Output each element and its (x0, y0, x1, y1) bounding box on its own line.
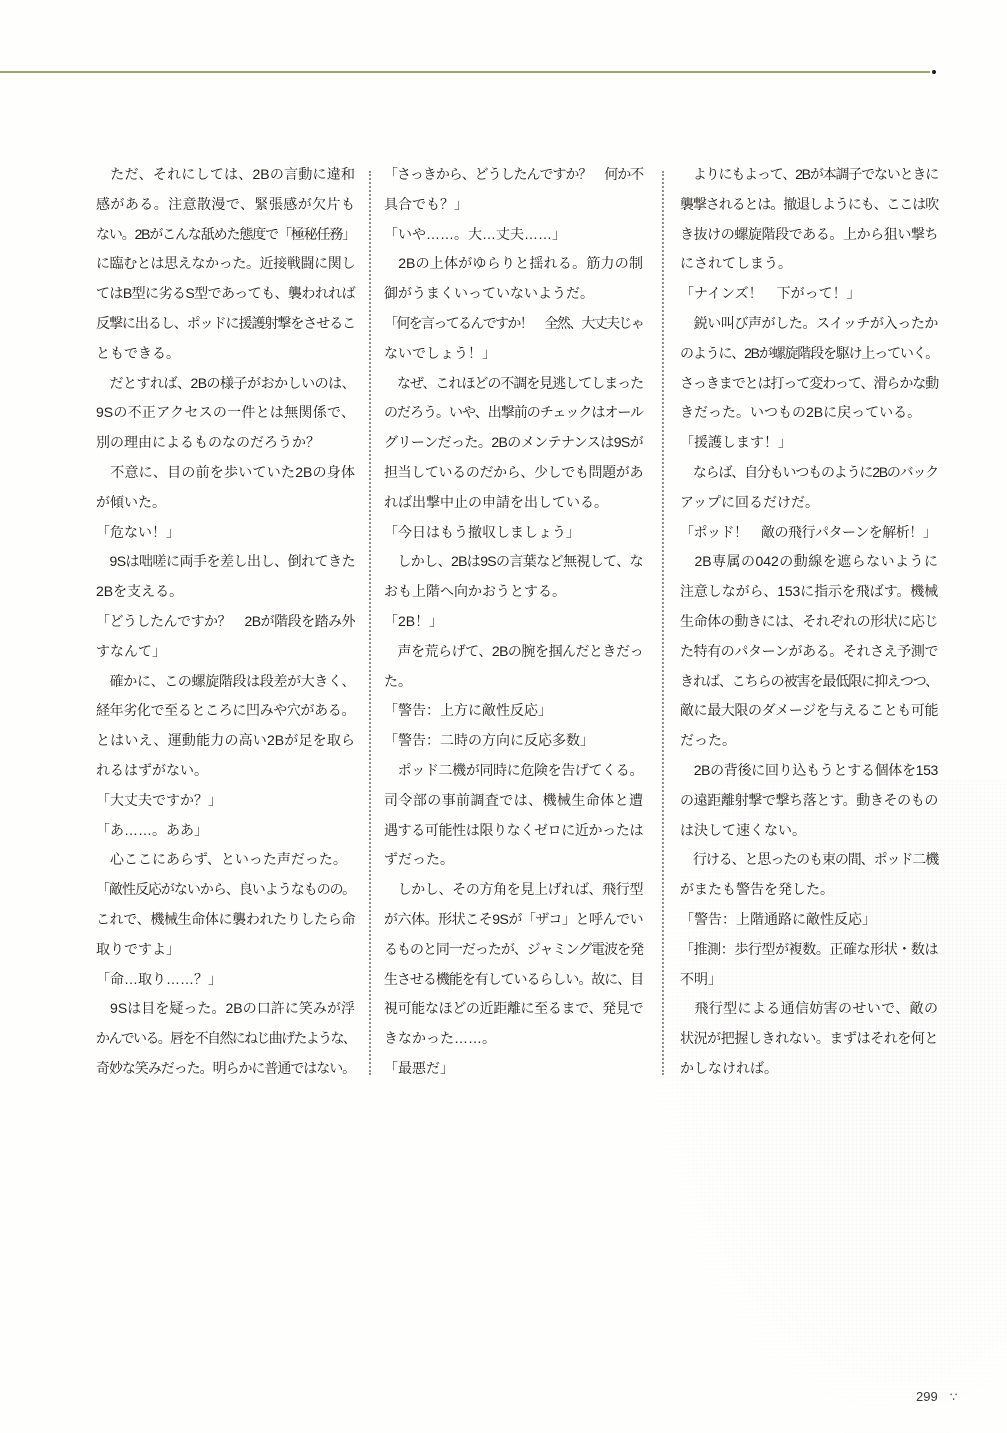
text-line: 生させる機能を有しているらしい。故に、目 (384, 965, 643, 995)
text-line: アップに回るだけだ。 (680, 488, 938, 518)
text-column-1: ただ、それにしては、2Bの言動に違和 感がある。注意散漫で、緊張感が欠片も ない… (96, 160, 355, 1084)
text-line: さっきまでとは打って変わって、滑らかな動 (680, 369, 938, 399)
text-line: なぜ、これほどの不調を見逃してしまった (384, 369, 643, 399)
text-line: 2Bを支える。 (96, 577, 355, 607)
text-line: ともできる。 (96, 339, 355, 369)
dialogue-line: 「何を言ってるんですか！ 全然、大丈夫じゃ (384, 309, 643, 339)
dialogue-line: すなんて」 (96, 637, 355, 667)
text-line: 確かに、この螺旋階段は段差が大きく、 (96, 667, 355, 697)
text-line: 2Bの背後に回り込もうとする個体を153 (680, 756, 938, 786)
dialogue-line: 「今日はもう撤収しましょう」 (384, 518, 643, 548)
dialogue-line: 「ポッド！ 敵の飛行パターンを解析！」 (680, 518, 938, 548)
dialogue-line: 取りですよ」 (96, 935, 355, 965)
text-line: 2Bの上体がゆらりと揺れる。筋力の制 (384, 249, 643, 279)
page-number-ornament-icon: ∵ (950, 1388, 958, 1406)
text-column-2: 「さっきから、どうしたんですか？ 何か不 具合でも？」 「いや……。大…丈夫……… (384, 160, 643, 1084)
text-line: 行ける、と思ったのも束の間、ポッド二機 (680, 845, 938, 875)
text-line: 別の理由によるものなのだろうか？ (96, 428, 355, 458)
text-line: きれば、こちらの被害を最低限に抑えつつ、 (680, 667, 938, 697)
dialogue-line: 「ナインズ！ 下がって！」 (680, 279, 938, 309)
text-line: きだった。いつもの2Bに戻っている。 (680, 398, 938, 428)
text-line: だった。 (680, 726, 938, 756)
text-line: 遇する可能性は限りなくゼロに近かったは (384, 816, 643, 846)
dialogue-line: 不明」 (680, 965, 938, 995)
text-line: の遠距離射撃で撃ち落とす。動きそのもの (680, 786, 938, 816)
dialogue-line: 「敵性反応がないから、良いようなものの。 (96, 875, 355, 905)
dialogue-line: 「どうしたんですか？ 2Bが階段を踏み外 (96, 607, 355, 637)
text-line: が傾いた。 (96, 488, 355, 518)
text-line: た。 (384, 667, 643, 697)
dialogue-line: 「援護します！」 (680, 428, 938, 458)
text-line: 不意に、目の前を歩いていた2Bの身体 (96, 458, 355, 488)
text-line: 9Sの不正アクセスの一件とは無関係で、 (96, 398, 355, 428)
text-line: が六体。形状こそ9Sが「ザコ」と呼んでい (384, 905, 643, 935)
text-line: 注意しながら、153に指示を飛ばす。機械 (680, 577, 938, 607)
dialogue-line: 「いや……。大…丈夫……」 (384, 220, 643, 250)
text-line: だとすれば、2Bの様子がおかしいのは、 (96, 369, 355, 399)
text-line: てはB型に劣るS型であっても、襲われれば (96, 279, 355, 309)
page-number: 299 (916, 1388, 938, 1406)
text-line: 感がある。注意散漫で、緊張感が欠片も (96, 190, 355, 220)
text-line: のだろう。いや、出撃前のチェックはオール (384, 398, 643, 428)
text-line: かんでいる。唇を不自然にねじ曲げたような、 (96, 1024, 355, 1054)
text-line: 9Sは目を疑った。2Bの口許に笑みが浮 (96, 994, 355, 1024)
text-line: グリーンだった。2Bのメンテナンスは9Sが (384, 428, 643, 458)
text-line: 反撃に出るし、ポッドに援護射撃をさせるこ (96, 309, 355, 339)
text-line: に臨むとは思えなかった。近接戦闘に関し (96, 249, 355, 279)
text-line: 心ここにあらず、といった声だった。 (96, 845, 355, 875)
text-line: 鋭い叫び声がした。スイッチが入ったか (680, 309, 938, 339)
text-line: れるはずがない。 (96, 756, 355, 786)
text-line: 生命体の動きには、それぞれの形状に応じ (680, 607, 938, 637)
text-line: ずだった。 (384, 845, 643, 875)
dialogue-line: ないでしょう！」 (384, 339, 643, 369)
dialogue-line: 「警告：二時の方向に反応多数」 (384, 726, 643, 756)
column-divider (369, 171, 371, 1075)
text-line: ない。2Bがこんな舐めた態度で「極秘任務」 (96, 220, 355, 250)
dialogue-line: 「命…取り……？」 (96, 965, 355, 995)
text-line: ポッド二機が同時に危険を告げてくる。 (384, 756, 643, 786)
text-line: しかし、その方角を見上げれば、飛行型 (384, 875, 643, 905)
text-line: よりにもよって、2Bが本調子でないときに (680, 160, 938, 190)
text-line: 司令部の事前調査では、機械生命体と遭 (384, 786, 643, 816)
dialogue-line: 「最悪だ」 (384, 1054, 643, 1084)
text-line: のように、2Bが螺旋階段を駆け上っていく。 (680, 339, 938, 369)
dialogue-line: これで、機械生命体に襲われたりしたら命 (96, 905, 355, 935)
page-footer: 299 ∵ (916, 1388, 957, 1406)
text-line: た特有のパターンがある。それさえ予測で (680, 637, 938, 667)
text-line: 2B専属の042の動線を遮らないように (680, 547, 938, 577)
text-line: 担当しているのだから、少しでも問題があ (384, 458, 643, 488)
text-line: は決して速くない。 (680, 816, 938, 846)
text-line: おも上階へ向かおうとする。 (384, 577, 643, 607)
dialogue-line: 「警告：上階通路に敵性反応」 (680, 905, 938, 935)
text-line: とはいえ、運動能力の高い2Bが足を取ら (96, 726, 355, 756)
dialogue-line: 「あ……。ああ」 (96, 816, 355, 846)
text-line: き抜けの螺旋階段である。上から狙い撃ち (680, 220, 938, 250)
dialogue-line: 「2B！」 (384, 607, 643, 637)
dialogue-line: 「さっきから、どうしたんですか？ 何か不 (384, 160, 643, 190)
text-line: 御がうまくいっていないようだ。 (384, 279, 643, 309)
text-line: 声を荒らげて、2Bの腕を掴んだときだっ (384, 637, 643, 667)
text-line: 襲撃されるとは。撤退しようにも、ここは吹 (680, 190, 938, 220)
dialogue-line: 「推測：歩行型が複数。正確な形状・数は (680, 935, 938, 965)
text-line: きなかった……。 (384, 1024, 643, 1054)
text-line: にされてしまう。 (680, 249, 938, 279)
text-line: ただ、それにしては、2Bの言動に違和 (96, 160, 355, 190)
text-line: るものと同一だったが、ジャミング電波を発 (384, 935, 643, 965)
text-line: がまたも警告を発した。 (680, 875, 938, 905)
text-line: 飛行型による通信妨害のせいで、敵の (680, 994, 938, 1024)
dialogue-line: 具合でも？」 (384, 190, 643, 220)
text-line: 状況が把握しきれない。まずはそれを何と (680, 1024, 938, 1054)
header-rule (0, 71, 930, 73)
text-line: れば出撃中止の申請を出している。 (384, 488, 643, 518)
text-line: しかし、2Bは9Sの言葉など無視して、な (384, 547, 643, 577)
text-line: ならば、自分もいつものように2Bのバック (680, 458, 938, 488)
text-line: 9Sは咄嗟に両手を差し出し、倒れてきた (96, 547, 355, 577)
dialogue-line: 「大丈夫ですか？」 (96, 786, 355, 816)
text-line: 敵に最大限のダメージを与えることも可能 (680, 696, 938, 726)
dialogue-line: 「危ない！」 (96, 518, 355, 548)
text-line: 視可能なほどの近距離に至るまで、発見で (384, 994, 643, 1024)
dialogue-line: 「警告：上方に敵性反応」 (384, 696, 643, 726)
text-line: 経年劣化で至るところに凹みや穴がある。 (96, 696, 355, 726)
text-column-3: よりにもよって、2Bが本調子でないときに 襲撃されるとは。撤退しようにも、ここは… (680, 160, 938, 1084)
column-divider (662, 171, 664, 1075)
header-rule-dot (932, 70, 936, 74)
text-line: かしなければ。 (680, 1054, 938, 1084)
text-line: 奇妙な笑みだった。明らかに普通ではない。 (96, 1054, 355, 1084)
